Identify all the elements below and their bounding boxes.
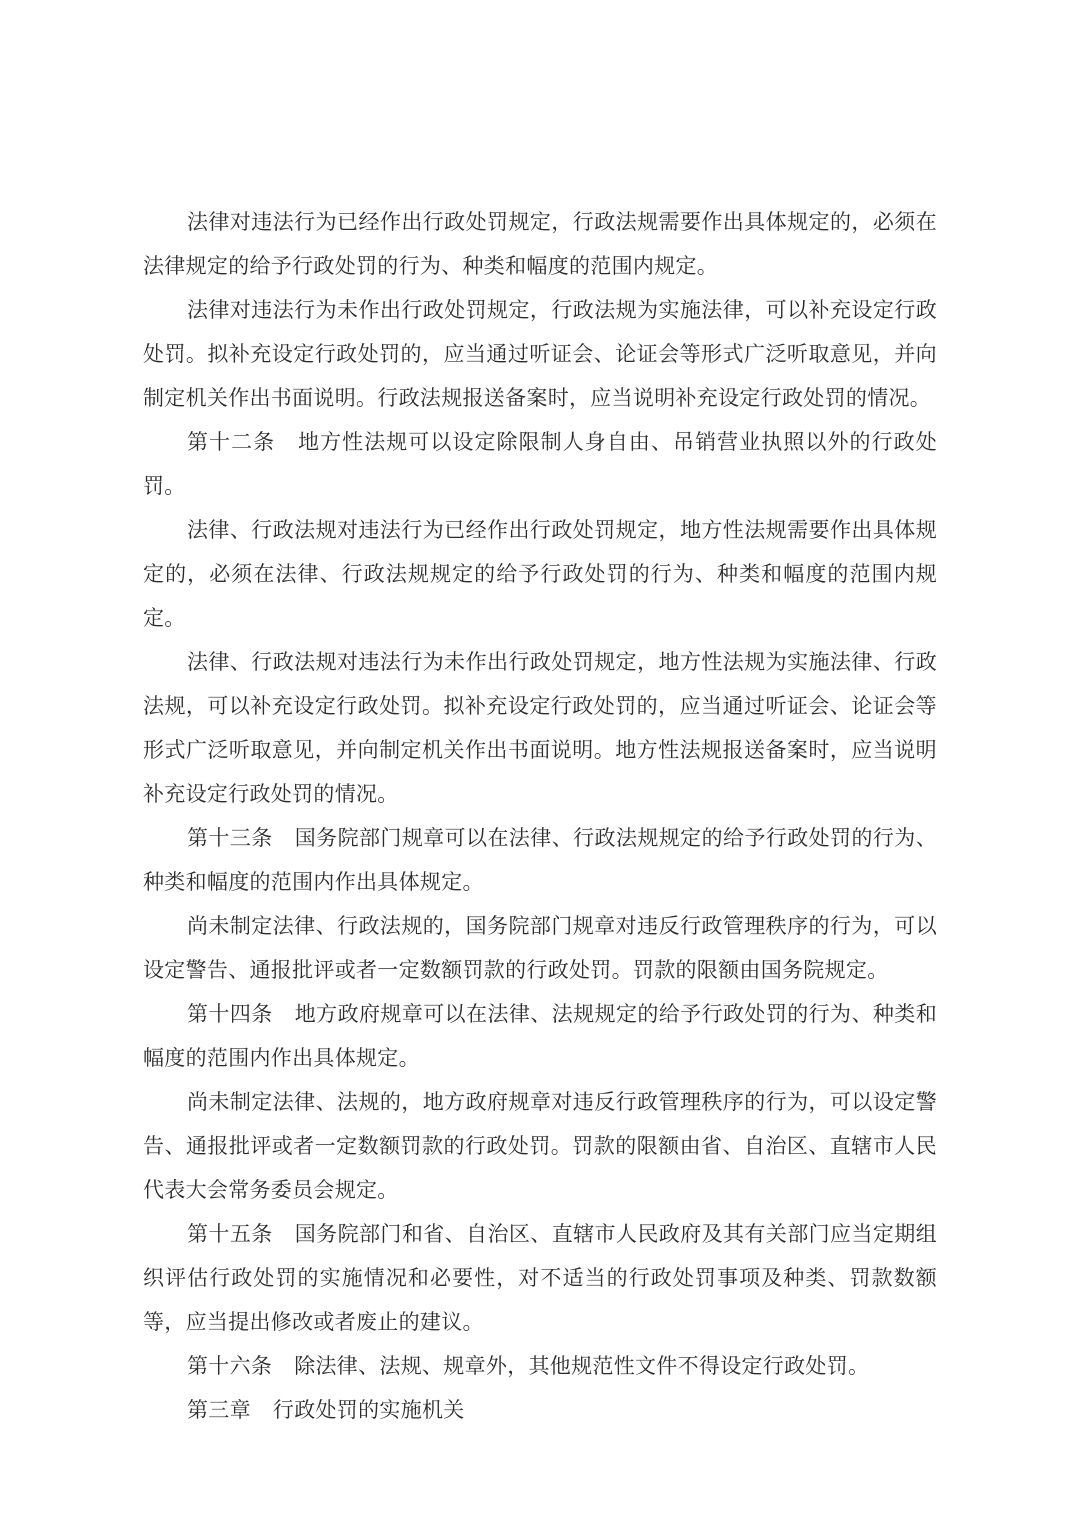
paragraph-text: 法律、行政法规对违法行为未作出行政处罚规定，地方性法规为实施法律、行政法规，可以… — [143, 650, 937, 806]
article-16: 第十六条除法律、法规、规章外，其他规范性文件不得设定行政处罚。 — [143, 1344, 937, 1388]
paragraph-text: 尚未制定法律、行政法规的，国务院部门规章对违反行政管理秩序的行为，可以设定警告、… — [143, 914, 937, 982]
article-12: 第十二条地方性法规可以设定除限制人身自由、吊销营业执照以外的行政处罚。 — [143, 420, 937, 508]
paragraph-body: 尚未制定法律、法规的，地方政府规章对违反行政管理秩序的行为，可以设定警告、通报批… — [143, 1080, 937, 1212]
paragraph-text: 尚未制定法律、法规的，地方政府规章对违反行政管理秩序的行为，可以设定警告、通报批… — [143, 1090, 937, 1202]
chapter-title: 行政处罚的实施机关 — [273, 1398, 465, 1422]
paragraph-text: 法律对违法行为未作出行政处罚规定，行政法规为实施法律，可以补充设定行政处罚。拟补… — [143, 298, 937, 410]
chapter-heading: 第三章行政处罚的实施机关 — [143, 1388, 937, 1432]
paragraph-body: 法律、行政法规对违法行为未作出行政处罚规定，地方性法规为实施法律、行政法规，可以… — [143, 640, 937, 816]
paragraph-body: 尚未制定法律、行政法规的，国务院部门规章对违反行政管理秩序的行为，可以设定警告、… — [143, 904, 937, 992]
article-label: 第十五条 — [187, 1222, 273, 1246]
article-14: 第十四条地方政府规章可以在法律、法规规定的给予行政处罚的行为、种类和幅度的范围内… — [143, 992, 937, 1080]
article-label: 第十六条 — [187, 1354, 272, 1378]
article-label: 第十二条 — [187, 430, 275, 454]
chapter-label: 第三章 — [187, 1398, 251, 1422]
article-15: 第十五条国务院部门和省、自治区、直辖市人民政府及其有关部门应当定期组织评估行政处… — [143, 1212, 937, 1344]
paragraph-body: 法律、行政法规对违法行为已经作出行政处罚规定，地方性法规需要作出具体规定的，必须… — [143, 508, 937, 640]
article-label: 第十四条 — [187, 1002, 273, 1026]
paragraph-text: 法律对违法行为已经作出行政处罚规定，行政法规需要作出具体规定的，必须在法律规定的… — [143, 210, 937, 278]
document-page: 法律对违法行为已经作出行政处罚规定，行政法规需要作出具体规定的，必须在法律规定的… — [143, 200, 937, 1432]
article-text: 除法律、法规、规章外，其他规范性文件不得设定行政处罚。 — [294, 1354, 869, 1378]
paragraph-text: 法律、行政法规对违法行为已经作出行政处罚规定，地方性法规需要作出具体规定的，必须… — [143, 518, 937, 630]
article-13: 第十三条国务院部门规章可以在法律、行政法规规定的给予行政处罚的行为、种类和幅度的… — [143, 816, 937, 904]
paragraph-body: 法律对违法行为未作出行政处罚规定，行政法规为实施法律，可以补充设定行政处罚。拟补… — [143, 288, 937, 420]
article-label: 第十三条 — [187, 826, 273, 850]
paragraph-body: 法律对违法行为已经作出行政处罚规定，行政法规需要作出具体规定的，必须在法律规定的… — [143, 200, 937, 288]
